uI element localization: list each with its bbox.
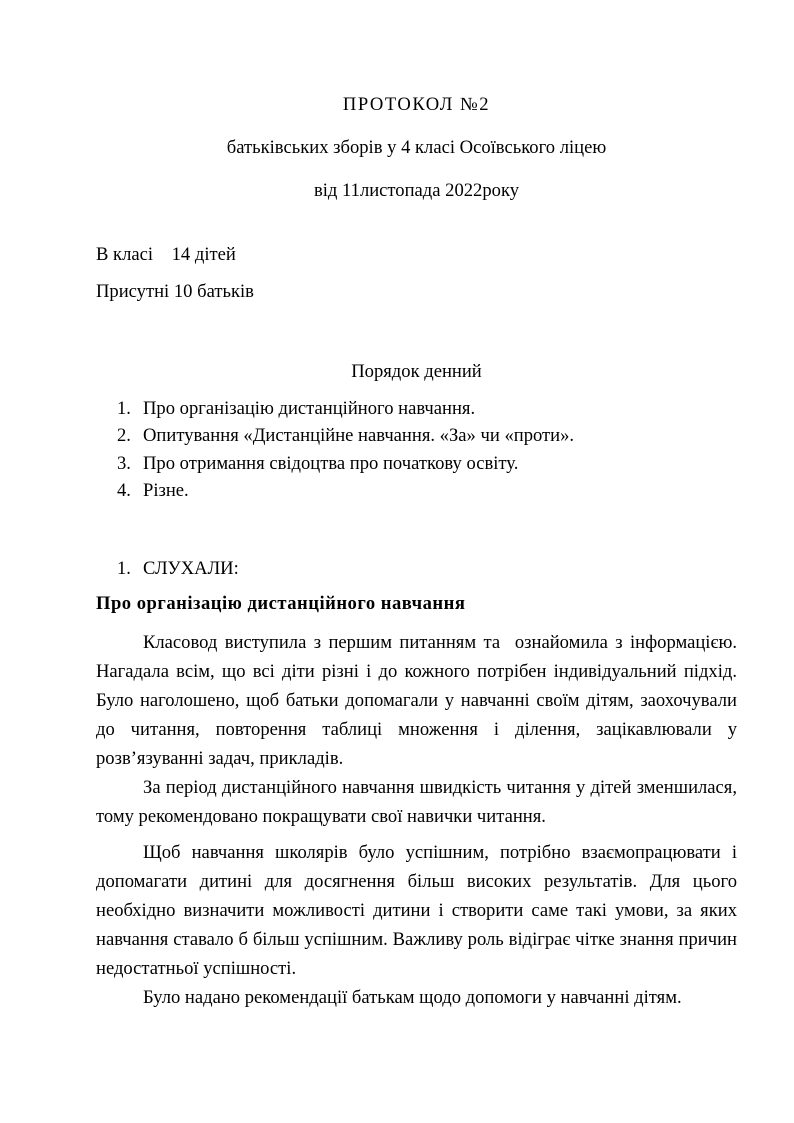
agenda-item-text: Різне. <box>143 480 189 501</box>
section-label: СЛУХАЛИ: <box>143 558 239 579</box>
section-number: 1. <box>117 554 131 583</box>
doc-title: ПРОТОКОЛ №2 <box>96 90 737 119</box>
agenda-item-number: 4. <box>117 477 131 504</box>
agenda-item: 2. Опитування «Дистанційне навчання. «За… <box>96 422 737 449</box>
agenda-item-text: Опитування «Дистанційне навчання. «За» ч… <box>143 425 574 446</box>
agenda-item-number: 2. <box>117 422 131 449</box>
doc-date-line: від 11листопада 2022року <box>96 176 737 205</box>
document-page: ПРОТОКОЛ №2 батьківських зборів у 4 клас… <box>0 0 794 1123</box>
agenda-item-text: Про отримання свідоцтва про початкову ос… <box>143 453 518 474</box>
paragraph: Було надано рекомендації батькам щодо до… <box>96 983 737 1012</box>
agenda-item-text: Про організацію дистанційного навчання. <box>143 398 475 419</box>
agenda-item: 1. Про організацію дистанційного навчанн… <box>96 395 737 422</box>
agenda-list: 1. Про організацію дистанційного навчанн… <box>96 395 737 505</box>
section-subheading: Про організацію дистанційного навчання <box>96 589 737 618</box>
agenda-item: 3. Про отримання свідоцтва про початкову… <box>96 450 737 477</box>
doc-subtitle: батьківських зборів у 4 класі Осоївськог… <box>96 133 737 162</box>
class-size-line: В класі 14 дітей <box>96 240 737 269</box>
agenda-item-number: 1. <box>117 395 131 422</box>
agenda-item: 4. Різне. <box>96 477 737 504</box>
attendance-line: Присутні 10 батьків <box>96 277 737 306</box>
section-heading: 1. СЛУХАЛИ: <box>96 554 737 583</box>
paragraph: Щоб навчання школярів було успішним, пот… <box>96 838 737 983</box>
agenda-item-number: 3. <box>117 450 131 477</box>
agenda-heading: Порядок денний <box>96 357 737 386</box>
paragraph: Класовод виступила з першим питанням та … <box>96 628 737 773</box>
paragraph: За період дистанційного навчання швидкіс… <box>96 773 737 831</box>
